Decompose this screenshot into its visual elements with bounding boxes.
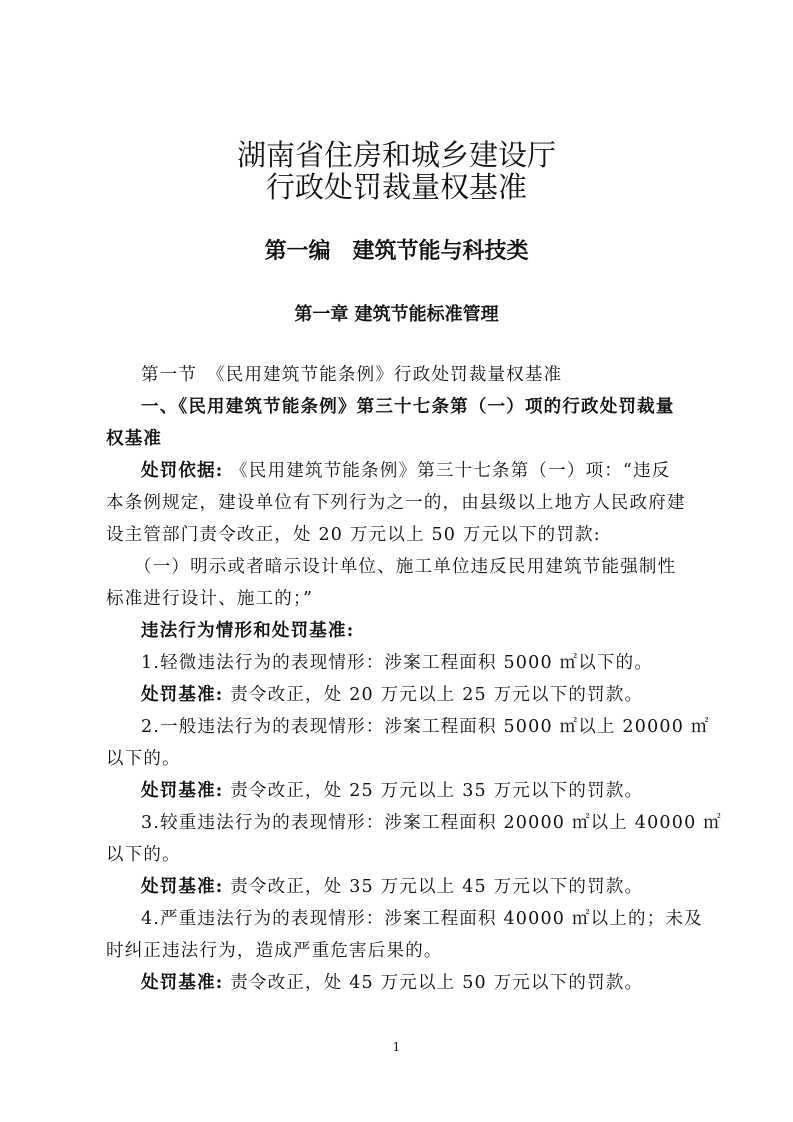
level-1-penalty: 处罚基准: 责令改正，处 20 万元以上 25 万元以下的罚款。 [141,681,643,706]
penalty-label: 处罚基准: [141,781,223,801]
document-title-line1: 湖南省住房和城乡建设厅 [0,138,793,172]
basis-line4: （一）明示或者暗示设计单位、施工单位违反民用建筑节能强制性 [134,553,676,578]
section-heading: 第一节 《民用建筑节能条例》行政处罚裁量权基准 [141,361,562,386]
level-4-situation-line2: 时纠正违法行为，造成严重危害后果的。 [106,937,443,962]
penalty-text: 责令改正，处 45 万元以上 50 万元以下的罚款。 [230,973,643,993]
penalty-label: 处罚基准: [141,685,223,705]
item-heading-line1: 一、《民用建筑节能条例》第三十七条第（一）项的行政处罚裁量 [141,393,675,418]
level-3-situation-line2: 以下的。 [106,841,181,866]
penalty-label: 处罚基准: [141,877,223,897]
penalty-text: 责令改正，处 20 万元以上 25 万元以下的罚款。 [230,685,643,705]
penalty-text: 责令改正，处 25 万元以上 35 万元以下的罚款。 [230,781,643,801]
item-heading-line2: 权基准 [106,425,162,450]
page-number: 1 [0,1040,793,1054]
standards-heading: 违法行为情形和处罚基准: [141,617,354,642]
basis-line3: 设主管部门责令改正，处 20 万元以上 50 万元以下的罚款: [106,521,601,546]
penalty-text: 责令改正，处 35 万元以上 45 万元以下的罚款。 [230,877,643,897]
document-title-line2: 行政处罚裁量权基准 [0,170,793,204]
level-2-situation-line1: 2.一般违法行为的表现情形：涉案工程面积 5000 ㎡以上 20000 ㎡ [141,713,710,738]
level-3-penalty: 处罚基准: 责令改正，处 35 万元以上 45 万元以下的罚款。 [141,873,643,898]
basis-text: 《民用建筑节能条例》第三十七条第（一）项：“违反 [230,461,670,481]
level-4-situation-line1: 4.严重违法行为的表现情形：涉案工程面积 40000 ㎡以上的；未及 [141,905,703,930]
level-3-situation-line1: 3.较重违法行为的表现情形：涉案工程面积 20000 ㎡以上 40000 ㎡ [141,809,722,834]
level-4-penalty: 处罚基准: 责令改正，处 45 万元以上 50 万元以下的罚款。 [141,969,643,994]
level-2-penalty: 处罚基准: 责令改正，处 25 万元以上 35 万元以下的罚款。 [141,777,643,802]
part-heading: 第一编 建筑节能与科技类 [0,234,793,265]
penalty-label: 处罚基准: [141,973,223,993]
level-2-situation-line2: 以下的。 [106,745,181,770]
level-1-situation: 1.轻微违法行为的表现情形：涉案工程面积 5000 ㎡以下的。 [141,649,653,674]
basis-label: 处罚依据: [141,461,223,481]
basis-line5: 标准进行设计、施工的；” [106,585,313,610]
basis-line1: 处罚依据: 《民用建筑节能条例》第三十七条第（一）项：“违反 [141,457,670,482]
basis-line2: 本条例规定，建设单位有下列行为之一的，由县级以上地方人民政府建 [106,489,686,514]
chapter-heading: 第一章 建筑节能标准管理 [0,300,793,326]
